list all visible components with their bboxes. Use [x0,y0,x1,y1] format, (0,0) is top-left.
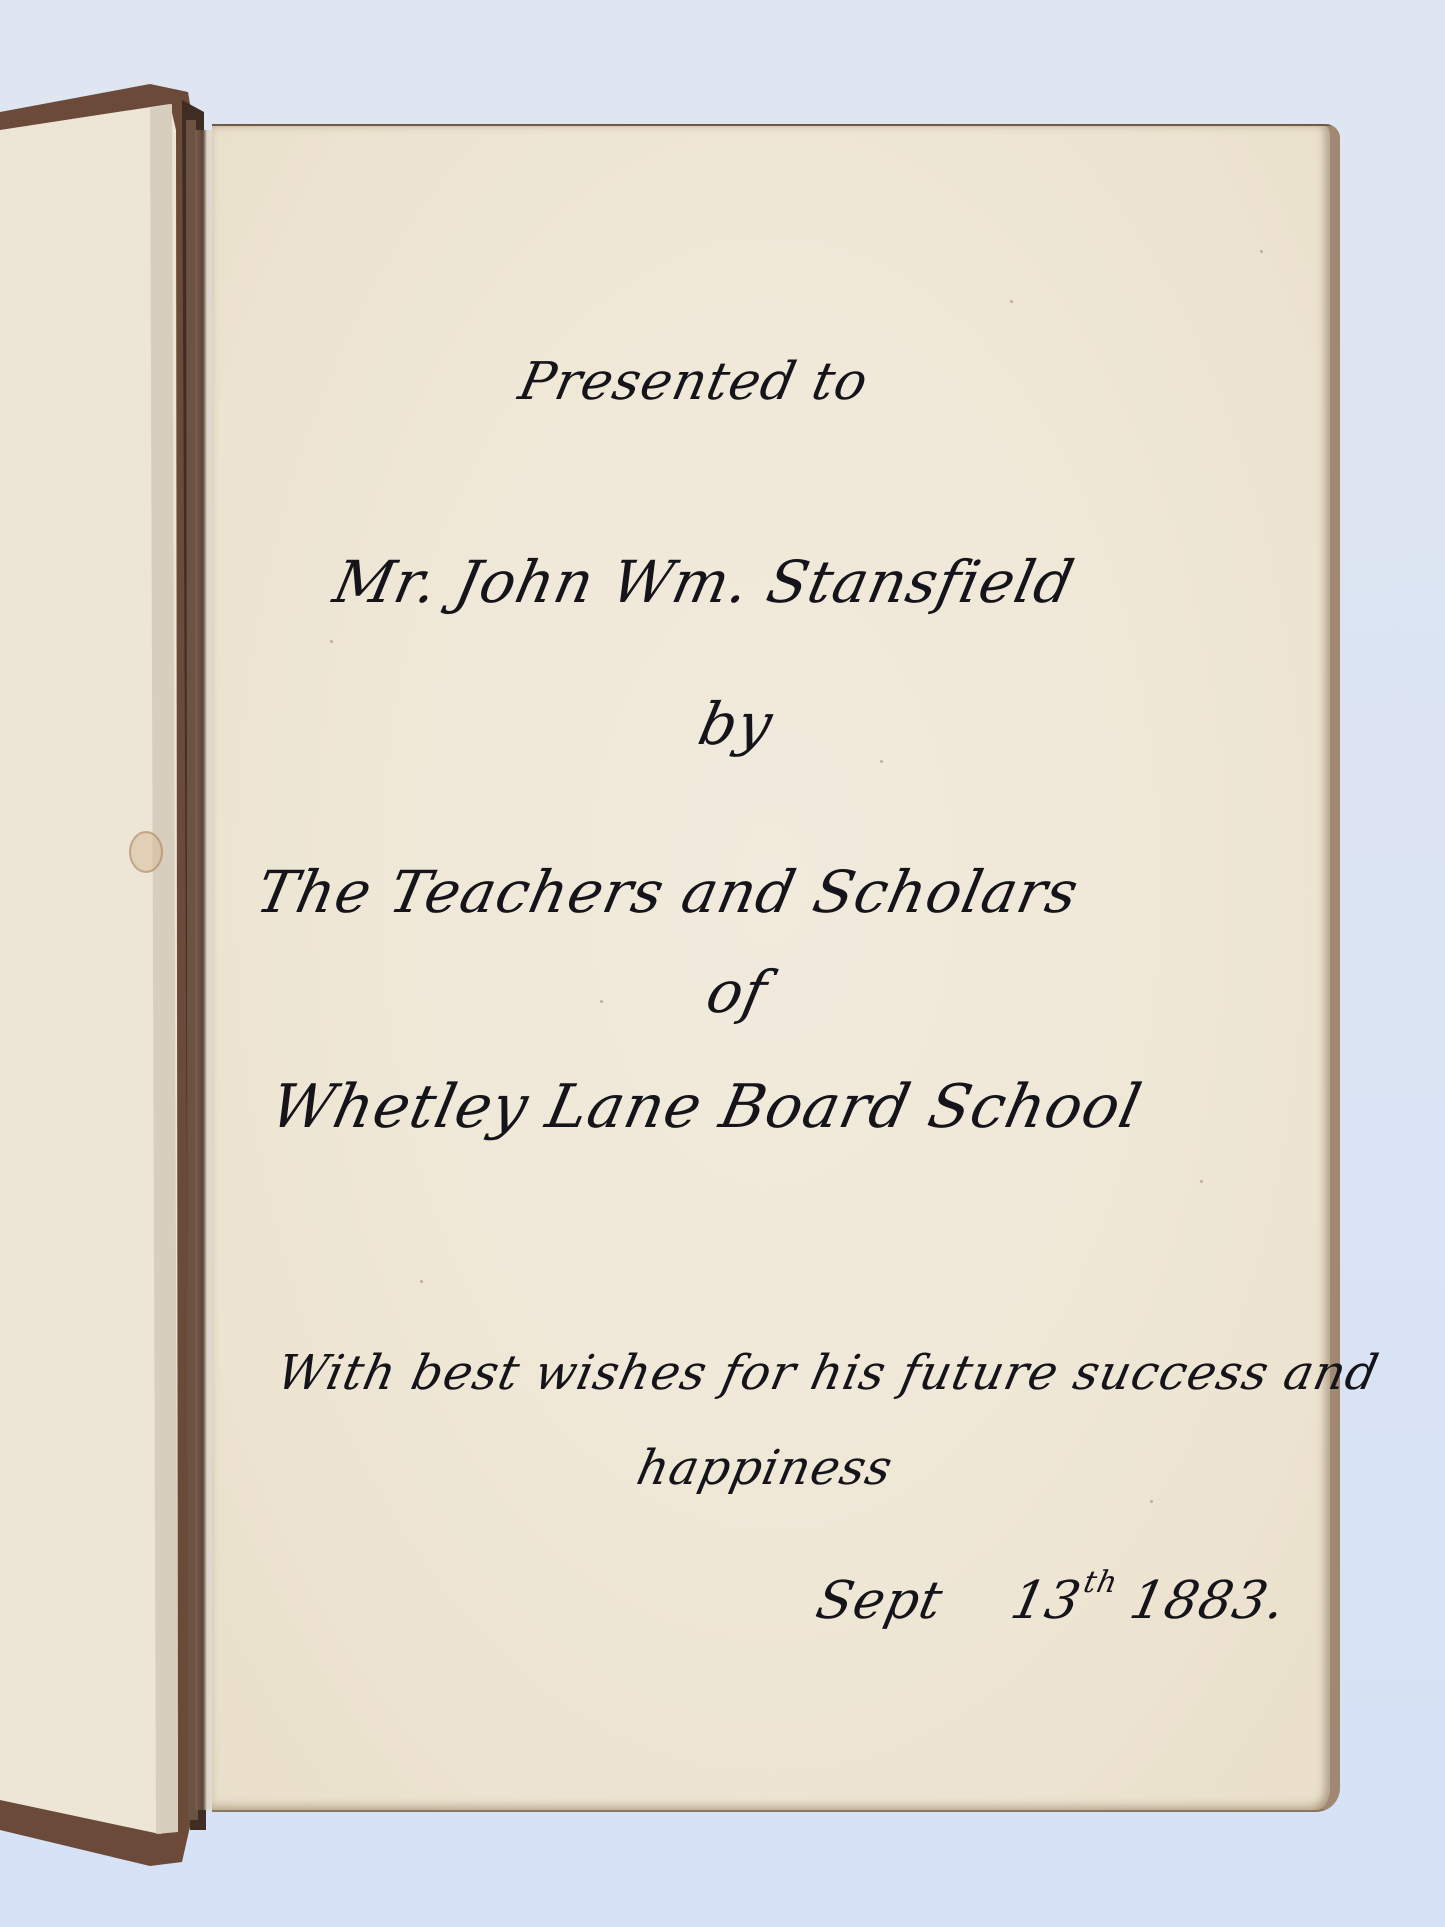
foxing-speck [330,640,333,643]
foxing-speck [1150,1500,1153,1503]
inscription-date: Sept 13th 1883. [811,1565,1293,1631]
foxing-speck [1200,1180,1203,1183]
inscription-line-presented: Presented to [514,352,874,412]
date-day-suffix: th [1080,1565,1121,1600]
inscription-line-givers: The Teachers and Scholars [251,858,1085,926]
foxing-speck [880,760,883,763]
inscription-line-happiness: happiness [632,1440,898,1496]
foxing-speck [420,1280,423,1283]
inscription-line-recipient: Mr. John Wm. Stansfield [328,548,1081,616]
date-day: 13 [1006,1571,1087,1631]
foxing-speck [1010,300,1013,303]
inscription-line-by: by [693,690,779,758]
date-month: Sept [811,1571,948,1631]
inscription-line-wishes: With best wishes for his future success … [272,1345,1384,1401]
inscription-line-school: Whetley Lane Board School [265,1072,1148,1142]
foxing-speck [1260,250,1263,253]
foxing-speck [600,1000,603,1003]
date-year: 1883. [1125,1571,1292,1631]
book-photo: Presented to Mr. John Wm. Stansfield by … [0,0,1445,1927]
